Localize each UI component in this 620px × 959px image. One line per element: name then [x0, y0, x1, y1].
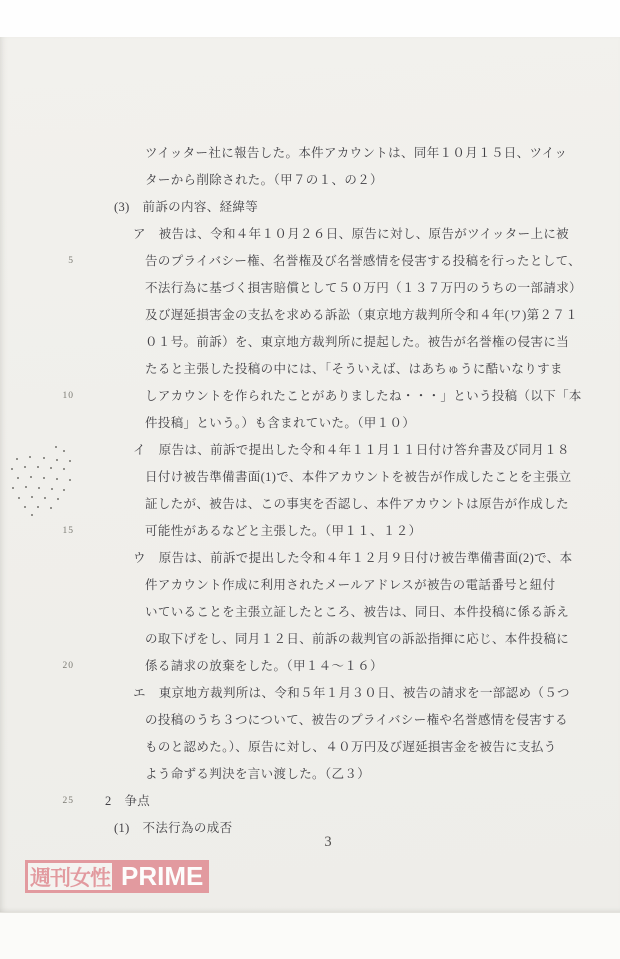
speckle-dot: [18, 497, 20, 499]
speckle-dot: [12, 487, 14, 489]
doc-line: ア 被告は、令和４年１０月２６日、原告に対し、原告がツイッター上に被: [0, 221, 620, 248]
doc-line: 件アカウント作成に利用されたメールアドレスが被告の電話番号と紐付: [0, 572, 620, 599]
speckle-dot: [69, 460, 71, 462]
doc-line: の投稿のうち３つについて、被告のプライバシー権や名誉感情を侵害する: [0, 707, 620, 734]
doc-line: ツイッター社に報告した。本件アカウントは、同年１０月１５日、ツイッ: [0, 140, 620, 167]
scan-top-margin: [0, 0, 620, 37]
doc-line: (3) 前訴の内容、経緯等: [0, 194, 620, 221]
speckle-dot: [31, 496, 33, 498]
document-lines: ツイッター社に報告した。本件アカウントは、同年１０月１５日、ツイッターから削除さ…: [0, 140, 620, 842]
speckle-dot: [43, 477, 45, 479]
speckle-dot: [29, 456, 31, 458]
speckle-dot: [63, 489, 65, 491]
speckle-dot: [51, 488, 53, 490]
doc-line: よう命ずる判決を言い渡した。（乙３）: [0, 761, 620, 788]
speckle-dot: [63, 468, 65, 470]
margin-line-number: 15: [50, 518, 74, 545]
speckle-dot: [56, 478, 58, 480]
speckle-dot: [44, 497, 46, 499]
margin-line-number: 10: [50, 383, 74, 410]
speckle-dot: [24, 506, 26, 508]
doc-line: 証したが、被告は、この事実を否認し、本件アカウントは原告が作成した: [0, 491, 620, 518]
doc-line: しアカウントを作られたことがありましたね・・・」という投稿（以下「本: [0, 383, 620, 410]
doc-line: エ 東京地方裁判所は、令和５年１月３０日、被告の請求を一部認め（５つ: [0, 680, 620, 707]
speckle-dot: [31, 514, 33, 516]
doc-line: いていることを主張立証したところ、被告は、同日、本件投稿に係る訴え: [0, 599, 620, 626]
speckle-dot: [11, 468, 13, 470]
speckle-dot: [55, 446, 57, 448]
speckle-dot: [16, 458, 18, 460]
doc-line: ターから削除された。（甲７の１、の２）: [0, 167, 620, 194]
speckle-dot: [38, 487, 40, 489]
doc-line: 係る請求の放棄をした。（甲１４～１６）: [0, 653, 620, 680]
logo-left-box: 週刊女性: [25, 860, 115, 893]
doc-line: 告のプライバシー権、名誉権及び名誉感情を侵害する投稿を行ったとして、: [0, 248, 620, 275]
margin-line-number: 25: [50, 788, 74, 815]
page-number: 3: [316, 834, 340, 856]
speckle-dot: [37, 506, 39, 508]
margin-line-number: 5: [50, 248, 74, 275]
doc-line: ものと認めた。）、原告に対し、４０万円及び遅延損害金を被告に支払う: [0, 734, 620, 761]
speckle-dot: [37, 466, 39, 468]
doc-line: 不法行為に基づく損害賠償として５０万円（１３７万円のうちの一部請求）: [0, 275, 620, 302]
margin-line-number: 20: [50, 653, 74, 680]
speckle-dot: [50, 507, 52, 509]
speckle-dot: [69, 479, 71, 481]
shukan-josei-prime-logo: 週刊女性 PRIME: [25, 860, 209, 893]
speckle-dot: [56, 459, 58, 461]
doc-line: 可能性があるなどと主張した。（甲１１、１２）: [0, 518, 620, 545]
speckle-dot: [57, 498, 59, 500]
speckle-dot: [30, 476, 32, 478]
logo-right-box: PRIME: [115, 860, 209, 893]
doc-line: たると主張した投稿の中には、「そういえば、はあちゅうに酷いなりすま: [0, 356, 620, 383]
speckle-dot: [63, 450, 65, 452]
speckle-dot: [17, 477, 19, 479]
speckle-dot: [50, 467, 52, 469]
doc-line: ウ 原告は、前訴で提出した令和４年１２月９日付け被告準備書面(2)で、本: [0, 545, 620, 572]
speckle-dot: [25, 486, 27, 488]
scan-bottom-margin: [0, 912, 620, 959]
doc-line: 及び遅延損害金の支払を求める訴訟（東京地方裁判所令和４年(ワ)第２７１: [0, 302, 620, 329]
doc-line: ０１号。前訴）を、東京地方裁判所に提起した。被告が名誉権の侵害に当: [0, 329, 620, 356]
doc-line: の取下げをし、同月１２日、前訴の裁判官の訴訟指揮に応じ、本件投稿に: [0, 626, 620, 653]
doc-line: 日付け被告準備書面(1)で、本件アカウントを被告が作成したことを主張立: [0, 464, 620, 491]
doc-line: イ 原告は、前訴で提出した令和４年１１月１１日付け答弁書及び同月１８: [0, 437, 620, 464]
speckle-dot: [24, 466, 26, 468]
doc-line: 2 争点: [0, 788, 620, 815]
doc-line: 件投稿」という。）も含まれていた。（甲１０）: [0, 410, 620, 437]
speckle-dot: [43, 457, 45, 459]
doc-line: (1) 不法行為の成否: [0, 815, 620, 842]
